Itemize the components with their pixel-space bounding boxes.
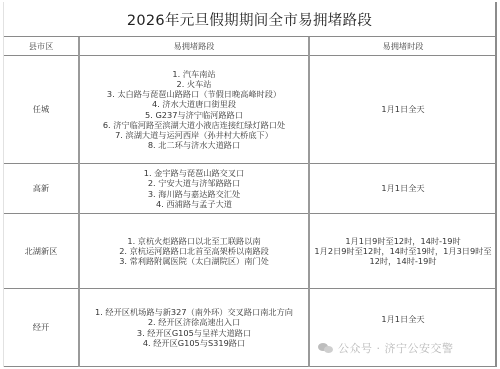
header-roads: 易拥堵路段	[80, 37, 308, 55]
time-item: 1月1日9时至12时，14时-19时	[314, 236, 491, 246]
road-item: 4. 济水大道唐口街里段	[103, 99, 285, 109]
road-item: 6. 济宁临河路至滨湖大道小液店连接红绿灯路口处	[103, 120, 285, 130]
road-item: 8. 北二环与济水大道路口	[103, 140, 285, 150]
table-row-roads: 1. 金宇路与琵琶山路交叉口 2. 宁安大道与济邹路路口 3. 海川路与嘉达路交…	[80, 164, 308, 213]
table-row-times: 1月1日9时至12时，14时-19时 1月2日9时至12时，14时至19时，1月…	[310, 214, 496, 288]
road-item: 3. 常利路附属医院（太白湖院区）南门处	[119, 256, 269, 266]
header-times: 易拥堵时段	[310, 37, 496, 55]
road-item: 1. 经开区机场路与新327（南外环）交叉路口南北方向	[95, 307, 293, 317]
road-item: 1. 京杭火炬路路口以北至工联路以南	[119, 236, 269, 246]
road-item: 2. 宁安大道与济邹路路口	[144, 178, 244, 188]
road-item: 2. 京杭运河路路口北首至高架桥以南路段	[119, 246, 269, 256]
wechat-icon	[318, 342, 334, 354]
watermark: 公众号 · 济宁公安交警	[318, 340, 454, 356]
table-row-roads: 1. 京杭火炬路路口以北至工联路以南 2. 京杭运河路路口北首至高架桥以南路段 …	[80, 214, 308, 288]
time-item: 1月2日9时至12时，14时至19时，1月3日9时至	[314, 246, 491, 256]
table-row-district: 北湖新区	[4, 214, 78, 288]
table-row-times: 1月1日全天	[310, 164, 496, 213]
time-item: 12时，14时-19时	[314, 256, 491, 266]
road-item: 1. 金宇路与琵琶山路交叉口	[144, 168, 244, 178]
table-row-times: 1月1日全天	[310, 56, 496, 163]
road-item: 2. 火车站	[103, 79, 285, 89]
road-item: 7. 滨湖大道与运河西岸（孙井村大桥底下）	[103, 130, 285, 140]
table-row-roads: 1. 经开区机场路与新327（南外环）交叉路口南北方向 2. 经开区济徐高速出入…	[80, 289, 308, 366]
congestion-table-sheet: 2026年元旦假期期间全市易拥堵路段 县市区 易拥堵路段 易拥堵时段 任城 1.…	[3, 2, 497, 367]
road-item: 3. 经开区G105与呈祥大道路口	[95, 328, 293, 338]
road-item: 3. 太白路与琵琶山路路口（节假日晚高峰时段）	[103, 89, 285, 99]
road-item: 3. 海川路与嘉达路交汇处	[144, 189, 244, 199]
road-item: 2. 经开区济徐高速出入口	[95, 317, 293, 327]
table-row-roads: 1. 汽车南站 2. 火车站 3. 太白路与琵琶山路路口（节假日晚高峰时段） 4…	[80, 56, 308, 163]
watermark-text: 公众号 · 济宁公安交警	[338, 340, 454, 356]
road-item: 4. 西浦路与孟子大道	[144, 199, 244, 209]
road-item: 5. G237与济宁临河路路口	[103, 110, 285, 120]
page-title: 2026年元旦假期期间全市易拥堵路段	[4, 2, 495, 36]
table-row-district: 经开	[4, 289, 78, 366]
table-row-district: 任城	[4, 56, 78, 163]
road-item: 1. 汽车南站	[103, 69, 285, 79]
road-item: 4. 经开区G105与S319路口	[95, 338, 293, 348]
table-row-district: 高新	[4, 164, 78, 213]
header-district: 县市区	[4, 37, 78, 55]
